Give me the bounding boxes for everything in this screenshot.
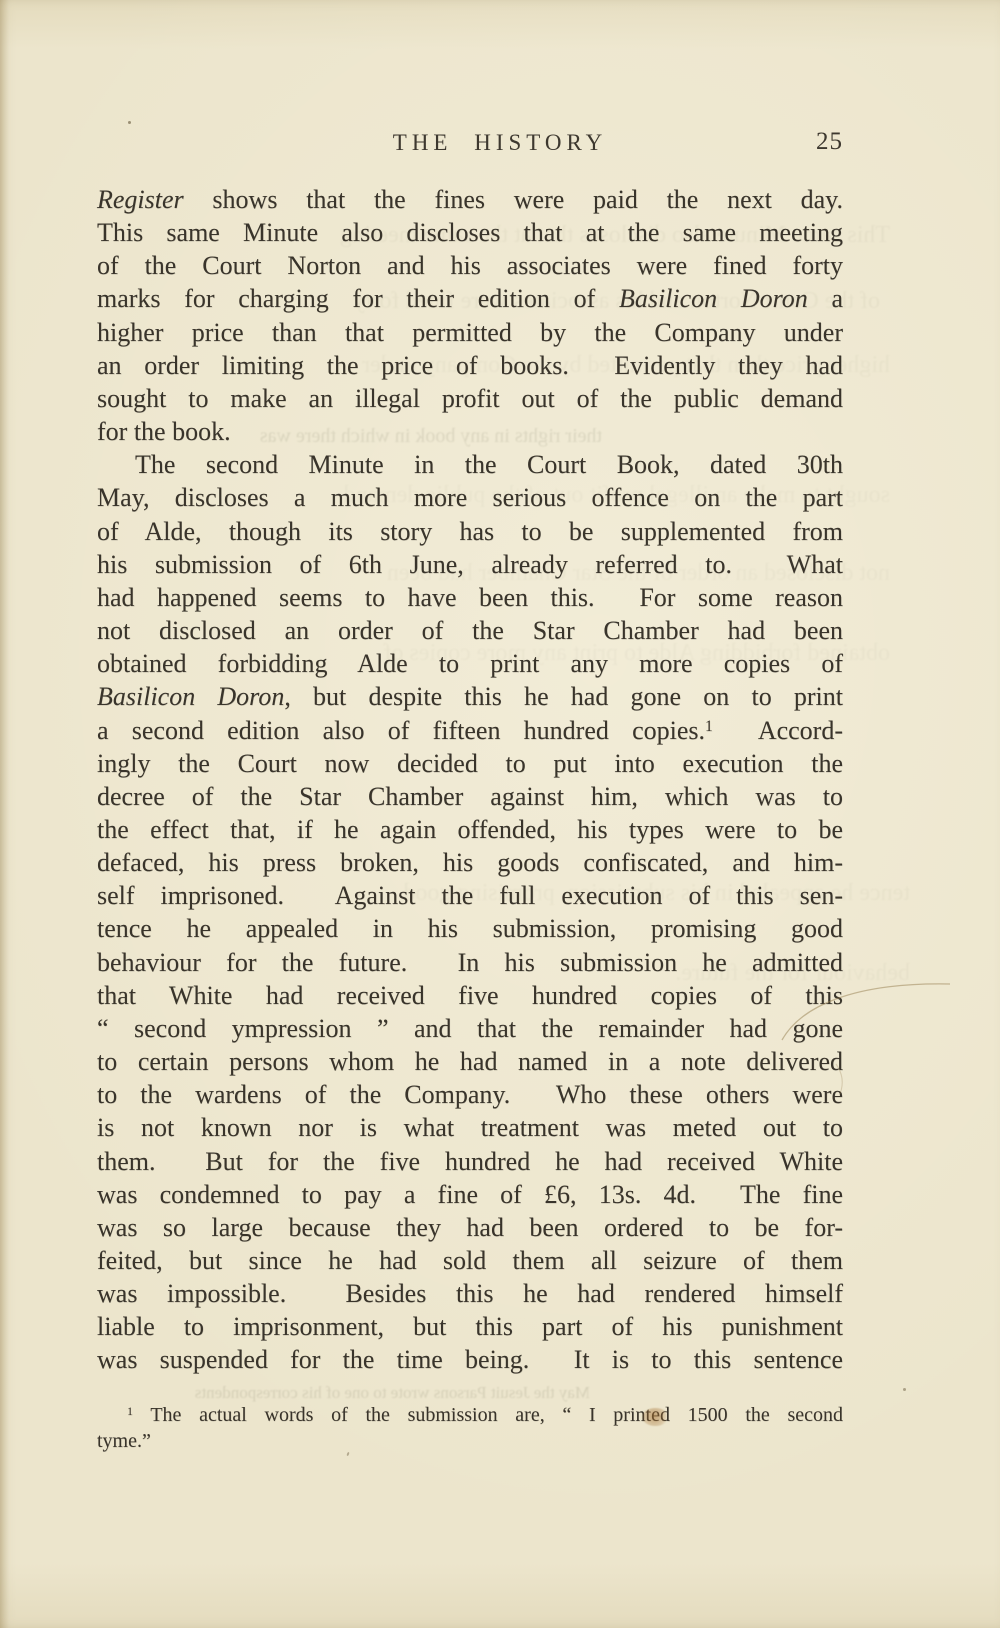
book-page-scan: their rights in any book in which there …	[0, 0, 1000, 1628]
text-segment: the effect that, if he again offended, h…	[97, 815, 843, 844]
page-number: 25	[816, 128, 843, 156]
text-segment: a	[808, 284, 843, 313]
text-line: decree of the Star Chamber against him, …	[97, 780, 843, 813]
text-segment: was suspended for the time being. It is …	[97, 1345, 843, 1374]
text-line: had happened seems to have been this. Fo…	[97, 581, 843, 614]
text-segment: self imprisoned. Against the full execut…	[97, 881, 843, 910]
text-segment: to the wardens of the Company. Who these…	[97, 1080, 843, 1109]
text-line: for the book.	[97, 415, 843, 448]
text-segment: tence he appealed in his submission, pro…	[97, 914, 843, 943]
italic-text: Basilicon Doron	[619, 284, 808, 313]
text-segment: of Alde, though its story has to be supp…	[97, 517, 843, 546]
text-segment: defaced, his press broken, his goods con…	[97, 848, 843, 877]
text-segment: higher price than that permitted by the …	[97, 318, 843, 347]
text-line: to the wardens of the Company. Who these…	[97, 1078, 843, 1111]
footnote-line: tyme.”	[97, 1428, 843, 1454]
text-segment: is not known nor is what treatment was m…	[97, 1113, 843, 1142]
text-segment: that White had received five hundred cop…	[97, 981, 843, 1010]
text-segment: sought to make an illegal profit out of …	[97, 384, 843, 413]
text-segment: liable to imprisonment, but this part of…	[97, 1312, 843, 1341]
text-line: a second edition also of fifteen hundred…	[97, 714, 843, 747]
text-line: higher price than that permitted by the …	[97, 316, 843, 349]
text-line: defaced, his press broken, his goods con…	[97, 846, 843, 879]
text-line: to certain persons whom he had named in …	[97, 1045, 843, 1078]
italic-text: Register	[97, 185, 184, 214]
paragraph: The second Minute in the Court Book, dat…	[97, 448, 843, 1376]
text-segment: had happened seems to have been this. Fo…	[97, 583, 843, 612]
text-segment: The second Minute in the Court Book, dat…	[135, 450, 843, 479]
text-line: of the Court Norton and his associates w…	[97, 249, 843, 282]
text-line: This same Minute also discloses that at …	[97, 216, 843, 249]
text-segment: , but despite this he had gone on to pri…	[284, 682, 843, 711]
text-line: sought to make an illegal profit out of …	[97, 382, 843, 415]
text-line: was impossible. Besides this he had rend…	[97, 1277, 843, 1310]
page-body-text: Register shows that the fines were paid …	[97, 183, 843, 1377]
text-segment: was impossible. Besides this he had rend…	[97, 1279, 843, 1308]
text-segment: May, discloses a much more serious offen…	[97, 483, 843, 512]
text-line: tence he appealed in his submission, pro…	[97, 912, 843, 945]
text-line: that White had received five hundred cop…	[97, 979, 843, 1012]
text-segment: a second edition also of fifteen hundred…	[97, 716, 705, 745]
text-line: May, discloses a much more serious offen…	[97, 481, 843, 514]
text-segment: was condemned to pay a fine of £6, 13s. …	[97, 1180, 843, 1209]
text-segment: his submission of 6th June, already refe…	[97, 550, 843, 579]
text-segment: feited, but since he had sold them all s…	[97, 1246, 843, 1275]
text-segment: shows that the fines were paid the next …	[184, 185, 843, 214]
text-segment: of the Court Norton and his associates w…	[97, 251, 843, 280]
text-segment: marks for charging for their edition of	[97, 284, 619, 313]
text-segment: to certain persons whom he had named in …	[97, 1047, 843, 1076]
footnote-marker: 1	[705, 718, 713, 735]
ink-speck	[903, 1388, 906, 1391]
footnote-line: 1 The actual words of the submission are…	[97, 1402, 843, 1428]
text-segment: not disclosed an order of the Star Chamb…	[97, 616, 843, 645]
text-line: was so large because they had been order…	[97, 1211, 843, 1244]
text-segment: Accord-	[713, 716, 843, 745]
text-line: was suspended for the time being. It is …	[97, 1343, 843, 1376]
text-line: behaviour for the future. In his submiss…	[97, 946, 843, 979]
footnote: 1 The actual words of the submission are…	[97, 1402, 843, 1454]
show-through-text: May the Jesuit Parsons wrote to one of h…	[138, 1383, 590, 1403]
text-line: his submission of 6th June, already refe…	[97, 548, 843, 581]
text-segment: behaviour for the future. In his submiss…	[97, 948, 843, 977]
text-line: an order limiting the price of books. Ev…	[97, 349, 843, 382]
text-line: “ second ympression ” and that the remai…	[97, 1012, 843, 1045]
text-line: them. But for the five hundred he had re…	[97, 1145, 843, 1178]
paragraph: Register shows that the fines were paid …	[97, 183, 843, 448]
text-line: self imprisoned. Against the full execut…	[97, 879, 843, 912]
text-line: obtained forbidding Alde to print any mo…	[97, 647, 843, 680]
text-line: not disclosed an order of the Star Chamb…	[97, 614, 843, 647]
text-line: is not known nor is what treatment was m…	[97, 1111, 843, 1144]
footnote-marker: 1	[127, 1404, 133, 1418]
text-line: Basilicon Doron, but despite this he had…	[97, 680, 843, 713]
text-line: liable to imprisonment, but this part of…	[97, 1310, 843, 1343]
ink-speck	[128, 121, 131, 124]
italic-text: Basilicon Doron	[97, 682, 284, 711]
text-segment: decree of the Star Chamber against him, …	[97, 782, 843, 811]
text-line: marks for charging for their edition of …	[97, 282, 843, 315]
text-line: feited, but since he had sold them all s…	[97, 1244, 843, 1277]
text-segment: ingly the Court now decided to put into …	[97, 749, 843, 778]
text-segment: This same Minute also discloses that at …	[97, 218, 843, 247]
text-segment: The actual words of the submission are, …	[133, 1404, 843, 1426]
text-line: of Alde, though its story has to be supp…	[97, 515, 843, 548]
text-segment: “ second ympression ” and that the remai…	[97, 1014, 843, 1043]
text-segment: tyme.”	[97, 1430, 151, 1452]
text-segment: obtained forbidding Alde to print any mo…	[97, 649, 843, 678]
text-segment: for the book.	[97, 417, 231, 446]
text-line: ingly the Court now decided to put into …	[97, 747, 843, 780]
text-line: The second Minute in the Court Book, dat…	[97, 448, 843, 481]
text-line: Register shows that the fines were paid …	[97, 183, 843, 216]
text-segment: an order limiting the price of books. Ev…	[97, 351, 843, 380]
running-header-title: THE HISTORY	[393, 130, 607, 156]
text-line: was condemned to pay a fine of £6, 13s. …	[97, 1178, 843, 1211]
text-segment: was so large because they had been order…	[97, 1213, 843, 1242]
text-line: the effect that, if he again offended, h…	[97, 813, 843, 846]
text-segment: them. But for the five hundred he had re…	[97, 1147, 843, 1176]
